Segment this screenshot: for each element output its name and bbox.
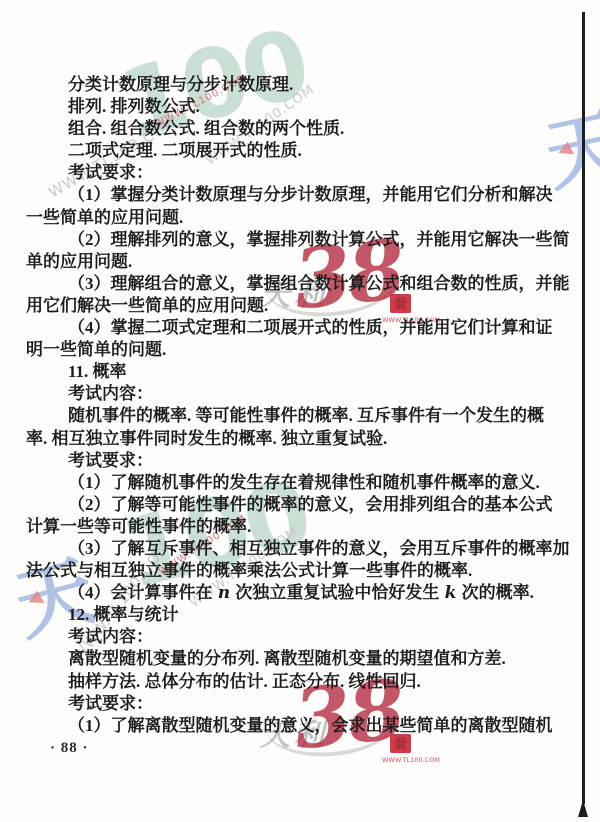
text-line: 抽样方法. 总体分布的估计. 正态分布. 线性回归. — [26, 671, 542, 693]
text-line: 单的应用问题. — [26, 251, 542, 273]
text-line: 12. 概率与统计 — [26, 604, 542, 626]
text-line: 考试要求： — [26, 450, 542, 472]
text-line: （2）理解排列的意义，掌握排列数计算公式，并能用它解决一些简 — [26, 229, 542, 251]
scan-edge-line — [582, 12, 585, 804]
text-line: 排列. 排列数公式. — [26, 96, 542, 118]
text-line: 一些简单的应用问题. — [26, 207, 542, 229]
watermark-red-accent — [558, 141, 575, 155]
text-line: 考试内容： — [26, 383, 542, 405]
text-line: 离散型随机变量的分布列. 离散型随机变量的期望值和方差. — [26, 648, 542, 670]
text-line: （1）了解随机事件的发生存在着规律性和随机事件概率的意义. — [26, 472, 542, 494]
text-line: 组合. 组合数公式. 组合数的两个性质. — [26, 118, 542, 140]
text-line: （4）会计算事件在 n 次独立重复试验中恰好发生 k 次的概率. — [26, 582, 542, 604]
text-line: 考试要求： — [26, 162, 542, 184]
scanned-page: 100 100 WWW.TL100.COM WWW.TL100.COM WWW.… — [0, 0, 600, 822]
text-line: （1）掌握分类计数原理与分步计数原理，并能用它们分析和解决 — [26, 184, 542, 206]
watermark-blue-glyph-right: 天 — [539, 105, 600, 198]
text-line: 用它们解决一些简单的应用问题. — [26, 295, 542, 317]
text-segment: （4）会计算事件在 — [68, 583, 217, 602]
text-line: 明一些简单的问题. — [26, 339, 542, 361]
text-line: 考试要求： — [26, 693, 542, 715]
text-line: （3）了解互斥事件、相互独立事件的意义，会用互斥事件的概率加 — [26, 538, 542, 560]
text-line: 法公式与相互独立事件的概率乘法公式计算一些事件的概率. — [26, 560, 542, 582]
text-line: 计算一些等可能性事件的概率. — [26, 516, 542, 538]
page-number: · 88 · — [50, 740, 89, 757]
scan-edge-line-foot — [578, 800, 588, 817]
text-line: 考试内容： — [26, 626, 542, 648]
text-line: 随机事件的概率. 等可能性事件的概率. 互斥事件有一个发生的概 — [26, 405, 542, 427]
text-line: 二项式定理. 二项展开式的性质. — [26, 140, 542, 162]
math-variable: n — [217, 583, 231, 603]
text-line: （2）了解等可能性事件的概率的意义，会用排列组合的基本公式 — [26, 494, 542, 516]
text-line: （1）了解离散型随机变量的意义，会求出某些简单的离散型随机 — [26, 715, 542, 737]
math-variable: k — [444, 583, 458, 603]
text-line: 11. 概率 — [26, 361, 542, 383]
watermark-tiny-url: WWW.TL100.COM — [382, 756, 440, 764]
watermark-tao-badge: 套 — [390, 734, 411, 753]
text-line: 分类计数原理与分步计数原理. — [26, 74, 542, 96]
text-line: （3）理解组合的意义，掌握组合数计算公式和组合数的性质，并能 — [26, 273, 542, 295]
text-segment: 次独立重复试验中恰好发生 — [231, 583, 444, 602]
text-line: （4）掌握二项式定理和二项展开式的性质，并能用它们计算和证 — [26, 317, 542, 339]
text-block: 分类计数原理与分步计数原理.排列. 排列数公式.组合. 组合数公式. 组合数的两… — [26, 74, 542, 737]
text-segment: 次的概率. — [457, 583, 534, 602]
text-line: 率. 相互独立事件同时发生的概率. 独立重复试验. — [26, 428, 542, 450]
